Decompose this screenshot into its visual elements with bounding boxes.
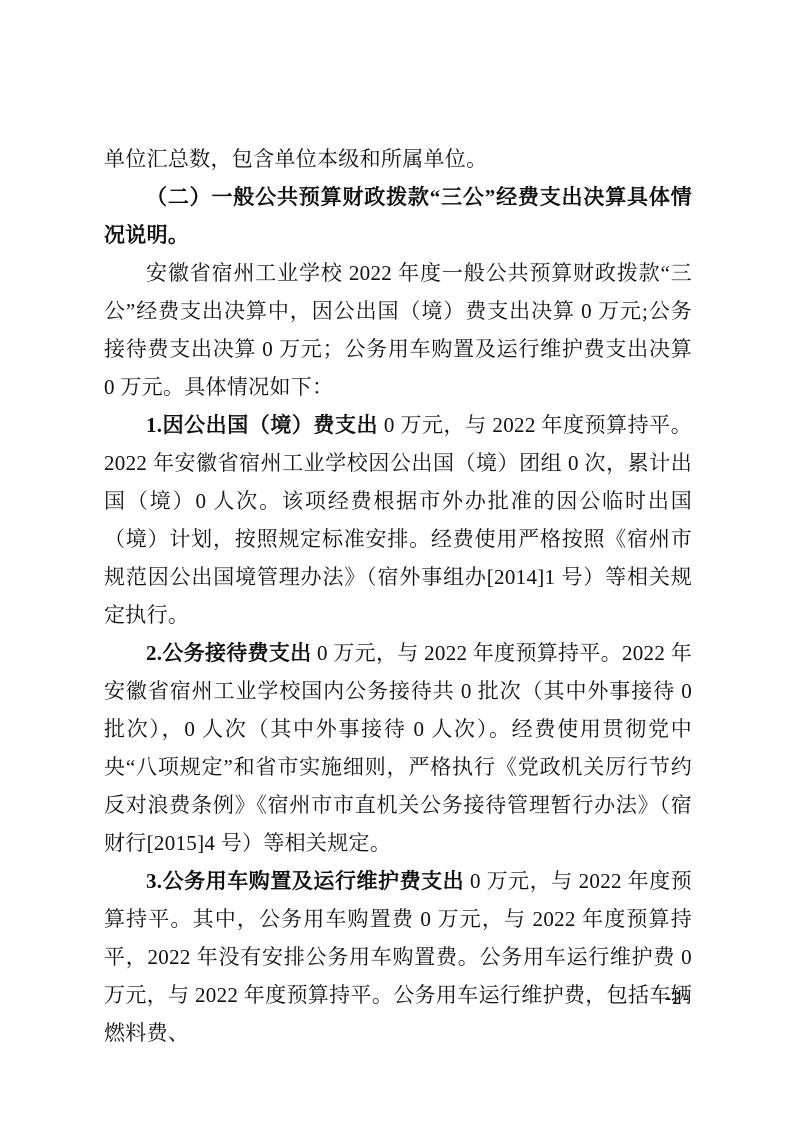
page-number: -2-: [665, 984, 690, 1014]
body-text-run: 安徽省宿州工业学校 2022 年度一般公共预算财政拨款“三公”经费支出决算中，因…: [104, 261, 692, 399]
item-1-body: 0 万元，与 2022 年度预算持平。2022 年安徽省宿州工业学校因公出国（境…: [104, 413, 692, 627]
overview-paragraph: 安徽省宿州工业学校 2022 年度一般公共预算财政拨款“三公”经费支出决算中，因…: [104, 254, 692, 406]
item-3-body: 0 万元，与 2022 年度预算持平。其中，公务用车购置费 0 万元，与 202…: [104, 869, 692, 1045]
item-2-body: 0 万元，与 2022 年度预算持平。2022 年安徽省宿州工业学校国内公务接待…: [104, 641, 692, 855]
item-3-vehicle-expense: 3.公务用车购置及运行维护费支出 0 万元，与 2022 年度预算持平。其中，公…: [104, 862, 692, 1052]
section-heading: （二）一般公共预算财政拨款“三公”经费支出决算具体情况说明。: [104, 178, 692, 254]
document-page: 单位汇总数，包含单位本级和所属单位。 （二）一般公共预算财政拨款“三公”经费支出…: [0, 0, 794, 1122]
item-3-label: 3.公务用车购置及运行维护费支出: [146, 869, 464, 893]
carryover-line: 单位汇总数，包含单位本级和所属单位。: [104, 140, 692, 178]
item-2-reception-expense: 2.公务接待费支出 0 万元，与 2022 年度预算持平。2022 年安徽省宿州…: [104, 634, 692, 862]
item-1-label: 1.因公出国（境）费支出: [146, 413, 378, 437]
item-2-label: 2.公务接待费支出: [146, 641, 311, 665]
item-1-abroad-expense: 1.因公出国（境）费支出 0 万元，与 2022 年度预算持平。2022 年安徽…: [104, 406, 692, 634]
section-heading-text: （二）一般公共预算财政拨款“三公”经费支出决算具体情况说明。: [104, 185, 692, 247]
body-text-run: 单位汇总数，包含单位本级和所属单位。: [104, 147, 487, 171]
document-body: 单位汇总数，包含单位本级和所属单位。 （二）一般公共预算财政拨款“三公”经费支出…: [104, 140, 692, 1052]
